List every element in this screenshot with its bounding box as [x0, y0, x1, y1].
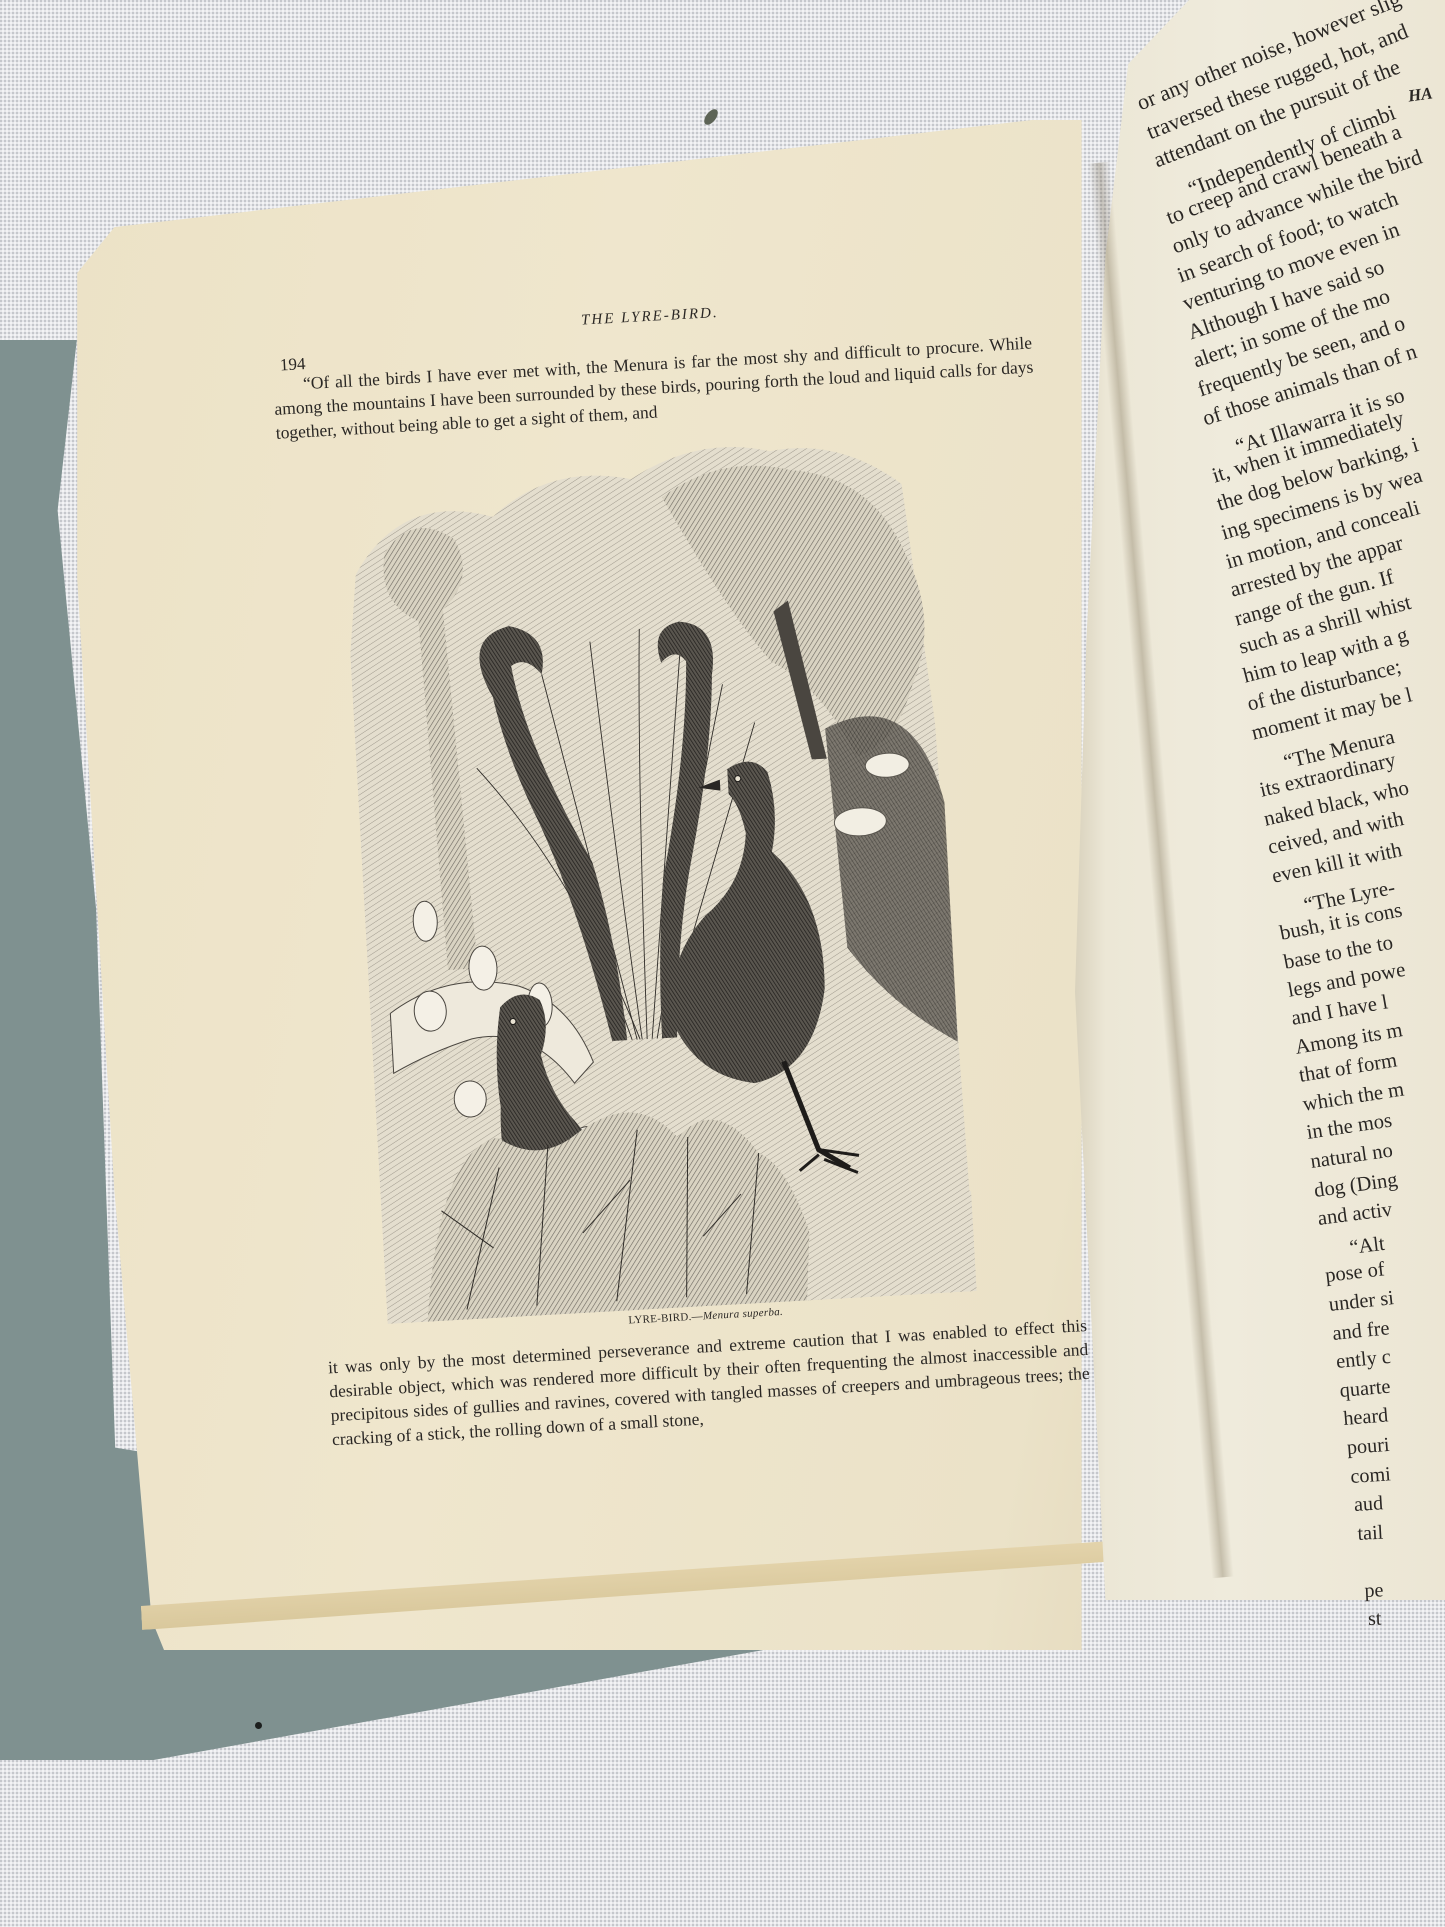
page-number: 194	[279, 354, 306, 375]
woodcut-icon	[339, 422, 977, 1324]
lyre-bird-illustration	[339, 422, 977, 1324]
caption-species: Menura superba.	[703, 1306, 784, 1322]
caption-label: LYRE-BIRD.—	[628, 1310, 703, 1326]
right-page-text: or any other noise, however sligtraverse…	[1150, 90, 1445, 1634]
lint-speck	[702, 107, 720, 128]
left-page-content: THE LYRE-BIRD. 194 “Of all the birds I h…	[270, 288, 1092, 1452]
card-hole	[255, 1722, 262, 1729]
